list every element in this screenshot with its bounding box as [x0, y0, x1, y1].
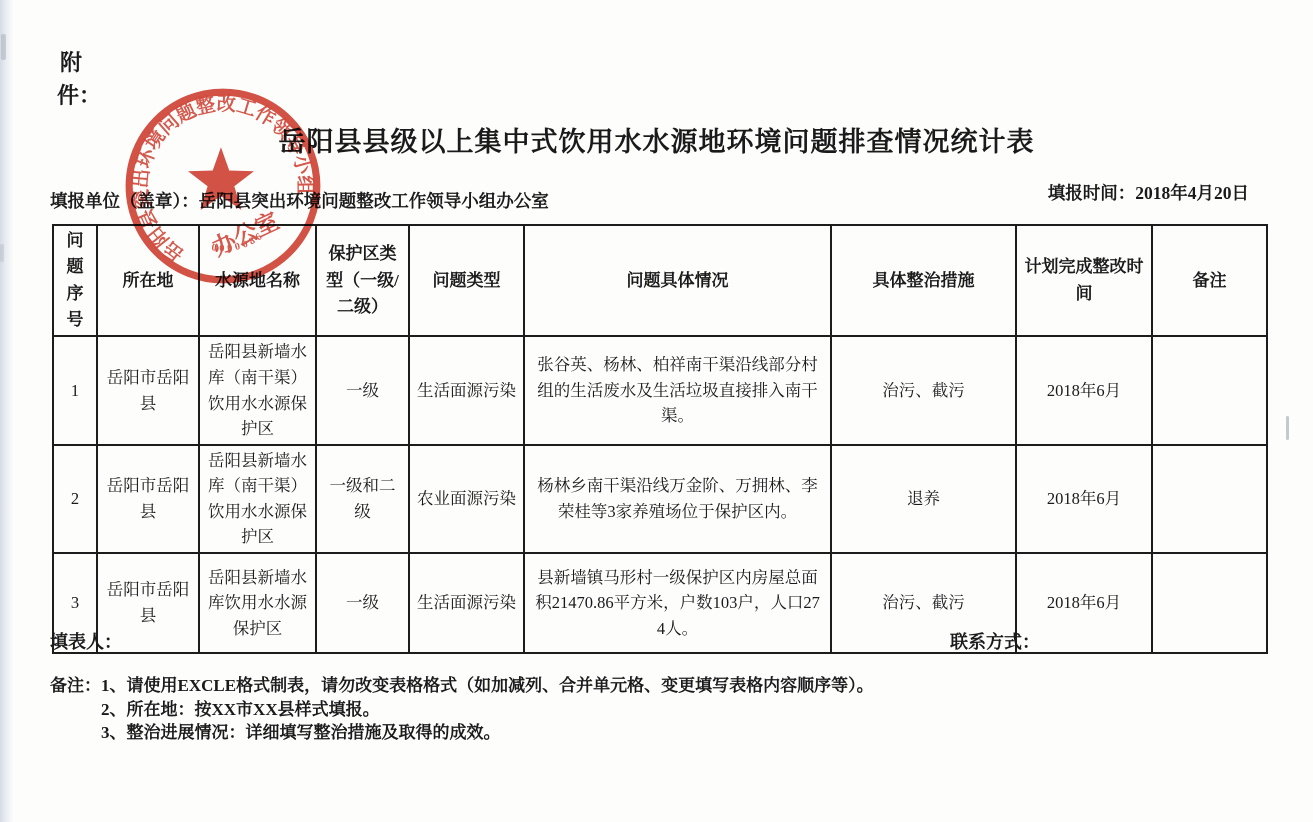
note-line: 3、整治进展情况：详细填写整治措施及取得的成效。	[101, 721, 874, 745]
col-header-deadline: 计划完成整改时间	[1016, 225, 1152, 336]
form-filler-label: 填表人：	[50, 628, 122, 654]
scan-smudge	[1286, 416, 1289, 440]
cell-index: 1	[53, 336, 97, 444]
cell-problem-type: 生活面源污染	[409, 336, 524, 444]
table-row: 3 岳阳市岳阳县 岳阳县新墙水库饮用水水源保护区 一级 生活面源污染 县新墙镇马…	[53, 553, 1267, 653]
cell-protection-type: 一级	[316, 553, 409, 653]
cell-measures: 治污、截污	[831, 336, 1016, 444]
attachment-label: 附件：	[57, 46, 85, 112]
col-header-measures: 具体整治措施	[831, 225, 1016, 336]
note-line: 备注：1、请使用EXCLE格式制表，请勿改变表格格式（如加减列、合并单元格、变更…	[50, 674, 874, 698]
cell-protection-type: 一级	[316, 336, 409, 444]
col-header-problem-detail: 问题具体情况	[524, 225, 831, 336]
contact-label: 联系方式：	[950, 628, 1040, 654]
cell-problem-detail: 县新墙镇马形村一级保护区内房屋总面积21470.86平方米，户数103户，人口2…	[524, 553, 831, 653]
note-text: 1、请使用EXCLE格式制表，请勿改变表格格式（如加减列、合并单元格、变更填写表…	[101, 676, 874, 695]
scanned-document-page: 附件： 岳阳县县级以上集中式饮用水水源地环境问题排查情况统计表 填报单位（盖章）…	[0, 0, 1313, 822]
cell-problem-detail: 杨林乡南干渠沿线万金阶、万拥林、李荣桂等3家养殖场位于保护区内。	[524, 445, 831, 553]
cell-problem-detail: 张谷英、杨林、柏祥南干渠沿线部分村组的生活废水及生活垃圾直接排入南干渠。	[524, 336, 831, 444]
col-header-index: 问题序号	[53, 225, 97, 336]
cell-source-name: 岳阳县新墙水库饮用水水源保护区	[199, 553, 316, 653]
cell-location: 岳阳市岳阳县	[97, 336, 199, 444]
note-line: 2、所在地：按XX市XX县样式填报。	[101, 698, 874, 722]
scan-smudge	[0, 244, 4, 262]
notes-label: 备注：	[50, 676, 101, 695]
table-row: 1 岳阳市岳阳县 岳阳县新墙水库（南干渠）饮用水水源保护区 一级 生活面源污染 …	[53, 336, 1267, 444]
cell-deadline: 2018年6月	[1016, 336, 1152, 444]
col-header-problem-type: 问题类型	[409, 225, 524, 336]
problems-table: 问题序号 所在地 水源地名称 保护区类型（一级/二级） 问题类型 问题具体情况 …	[52, 224, 1268, 654]
col-header-source-name: 水源地名称	[199, 225, 316, 336]
table-row: 2 岳阳市岳阳县 岳阳县新墙水库（南干渠）饮用水水源保护区 一级和二级 农业面源…	[53, 445, 1267, 553]
cell-measures: 退养	[831, 445, 1016, 553]
page-title: 岳阳县县级以上集中式饮用水水源地环境问题排查情况统计表	[60, 120, 1253, 159]
cell-remark	[1152, 553, 1267, 653]
cell-remark	[1152, 445, 1267, 553]
col-header-protection-type: 保护区类型（一级/二级）	[316, 225, 409, 336]
form-unit-label: 填报单位（盖章）：岳阳县突出环境问题整改工作领导小组办公室	[50, 188, 549, 213]
cell-source-name: 岳阳县新墙水库（南干渠）饮用水水源保护区	[199, 445, 316, 553]
notes-block: 备注：1、请使用EXCLE格式制表，请勿改变表格格式（如加减列、合并单元格、变更…	[50, 674, 874, 745]
table-header-row: 问题序号 所在地 水源地名称 保护区类型（一级/二级） 问题类型 问题具体情况 …	[53, 225, 1267, 336]
col-header-remark: 备注	[1152, 225, 1267, 336]
scan-left-edge	[0, 0, 13, 822]
cell-location: 岳阳市岳阳县	[97, 445, 199, 553]
cell-protection-type: 一级和二级	[316, 445, 409, 553]
scan-smudge	[1, 34, 6, 60]
cell-remark	[1152, 336, 1267, 444]
cell-source-name: 岳阳县新墙水库（南干渠）饮用水水源保护区	[199, 336, 316, 444]
cell-index: 2	[53, 445, 97, 553]
col-header-location: 所在地	[97, 225, 199, 336]
cell-problem-type: 生活面源污染	[409, 553, 524, 653]
cell-problem-type: 农业面源污染	[409, 445, 524, 553]
form-time-label: 填报时间：2018年4月20日	[1048, 180, 1249, 205]
cell-deadline: 2018年6月	[1016, 445, 1152, 553]
